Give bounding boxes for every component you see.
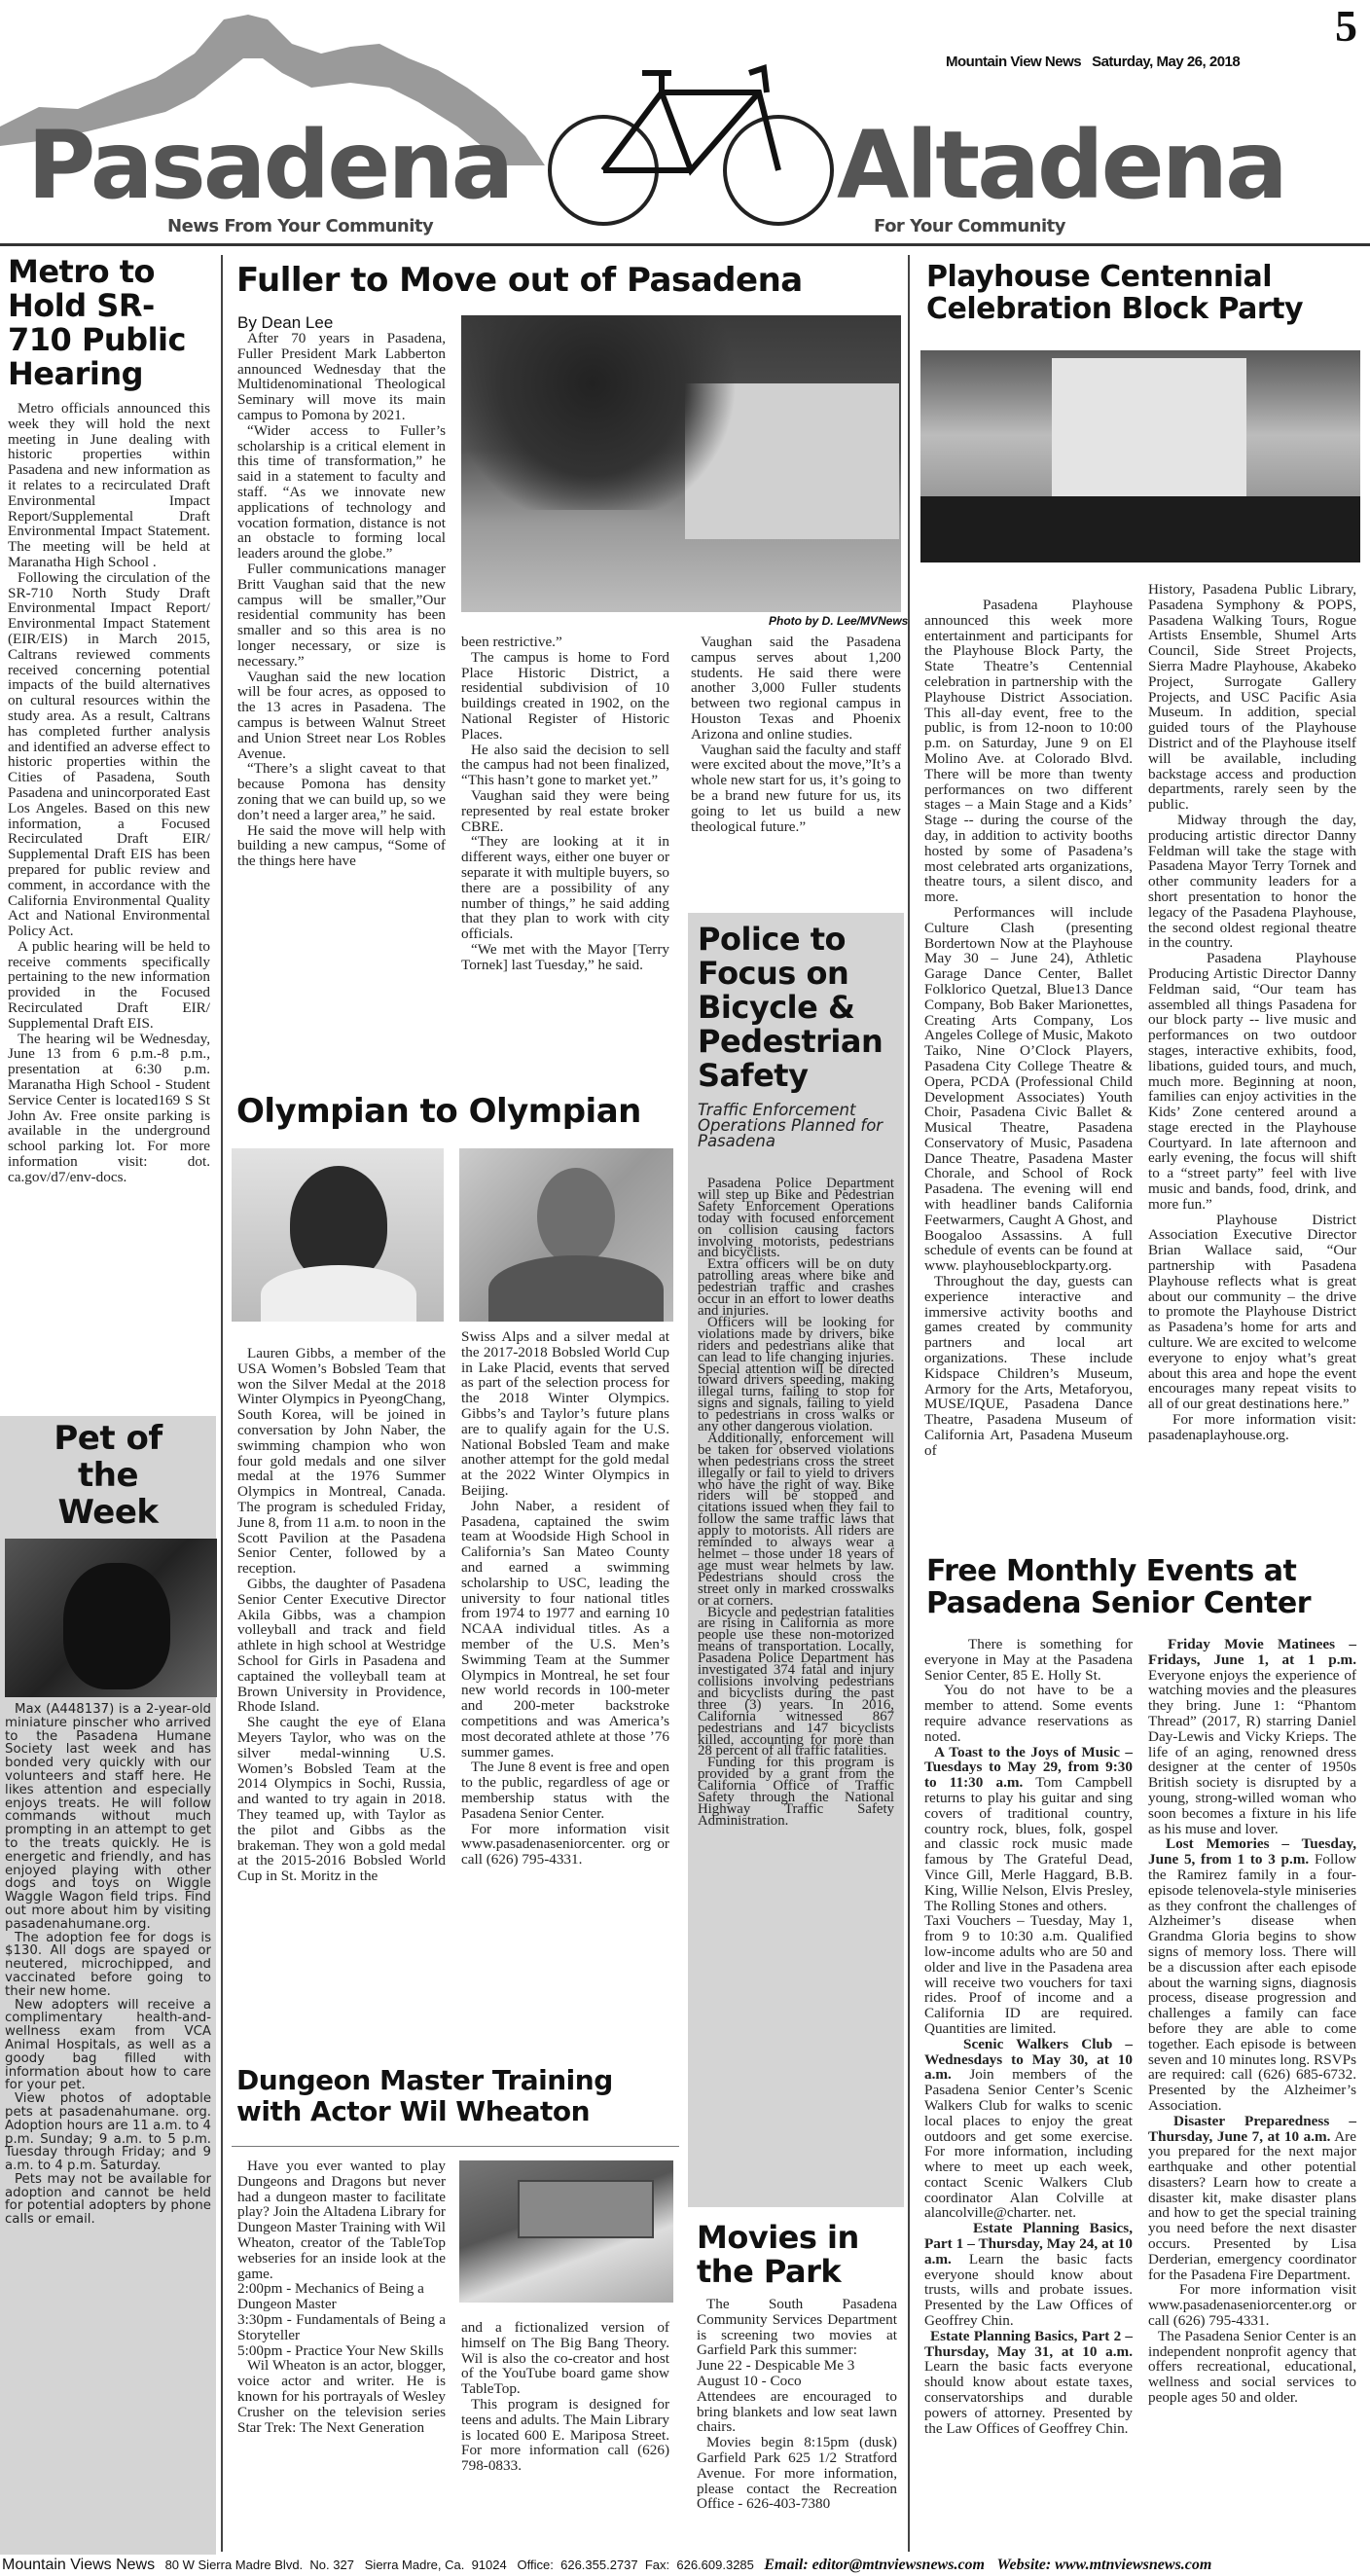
paragraph: Pasadena Police Department will step up … [698,1179,894,1259]
masthead-left-title: Pasadena [27,117,511,214]
playhouse-col2: History, Pasadena Public Library, Pasade… [1148,582,1356,1443]
event: Disaster Preparedness – Thursday, June 7… [1148,2114,1356,2283]
event-text: Join members of the Pasadena Senior Cent… [924,2066,1133,2221]
fuller-col2: been restrictive.” The campus is home to… [461,635,669,973]
headline: Olympian to Olympian [236,1092,641,1131]
movie-listing: June 22 - Despicable Me 3 [697,2358,897,2374]
paragraph: been restrictive.” [461,635,669,650]
paragraph: Pasadena Playhouse Producing Artistic Di… [1148,951,1356,1213]
paragraph: He said the move will help with building… [237,823,446,869]
masthead: Pasadena Altadena News From Your Communi… [0,0,1370,243]
paragraph: Officers will be looking for violations … [698,1318,894,1433]
paragraph: Fuller communications manager Britt Vaug… [237,562,446,670]
paragraph: Bicycle and pedestrian fatalities are ri… [698,1608,894,1759]
bicycle-icon [545,54,837,229]
paragraph: Wil Wheaton is an actor, blogger, voice … [237,2358,446,2435]
paragraph: Vaughan said the faculty and staff were … [691,743,901,835]
paragraph: Performances will include Culture Clash … [924,905,1133,1274]
event: A Toast to the Joys of Music – Tuesdays … [924,1745,1133,1914]
event-title: Disaster Preparedness – Thursday, June 7… [1148,2113,1356,2145]
event: Friday Movie Matinees – Fridays, June 1,… [1148,1637,1356,1836]
paragraph: The Pasadena Senior Center is an indepen… [1148,2329,1356,2406]
event-title: Estate Planning Basics, Part 2 – Thursda… [924,2328,1133,2360]
section-rule [232,2146,679,2147]
column-divider [221,255,223,2552]
schedule-item: 2:00pm - Mechanics of Being a Dungeon Ma… [237,2281,446,2312]
olympian-col1: Lauren Gibbs, a member of the USA Women’… [237,1346,446,1884]
john-naber-photo [459,1148,673,1322]
paragraph: Following the circulation of the SR-710 … [8,570,210,939]
paragraph: This program is designed for teens and a… [461,2397,669,2474]
dungeon-col1: Have you ever wanted to play Dungeons an… [237,2159,446,2435]
playhouse-col1: Pasadena Playhouse announced this week m… [924,582,1133,1459]
page-number: 5 [1335,0,1357,52]
article-metro: Metro to Hold SR-710 Public Hearing Metr… [8,255,210,1185]
masthead-rule [0,243,1370,246]
paragraph: Lauren Gibbs, a member of the USA Women’… [237,1346,446,1577]
paragraph: “We met with the Mayor [Terry Tornek] la… [461,942,669,973]
paragraph: “They are looking at it in different way… [461,834,669,942]
paragraph: A public hearing will be held to receive… [8,939,210,1032]
article-body: Max (A448137) is a 2-year-old miniature … [5,1703,211,2227]
headline: Fuller to Move out of Pasadena [236,261,803,300]
paragraph: and a fictionalized version of himself o… [461,2320,669,2397]
footer-email[interactable]: Email: editor@mtnviewsnews.com [764,2557,985,2573]
senior-col2: Friday Movie Matinees – Fridays, June 1,… [1148,1637,1356,2406]
headline: Free Monthly Events at Pasadena Senior C… [926,1555,1364,1619]
paragraph: She caught the eye of Elana Meyers Taylo… [237,1715,446,1884]
event: Taxi Vouchers – Tuesday, May 1, from 9 t… [924,1913,1133,2036]
article-movies: Movies in the Park The South Pasadena Co… [697,2221,897,2512]
article-body: Metro officials announced this week they… [8,401,210,1185]
footer-publication: Mountain Views News [2,2557,155,2573]
paragraph: The June 8 event is free and open to the… [461,1760,669,1821]
paragraph: For more information visit: pasadenaplay… [1148,1412,1356,1443]
footer-address: 80 W Sierra Madre Blvd. No. 327 Sierra M… [165,2558,754,2572]
paragraph: “Wider access to Fuller’s scholarship is… [237,423,446,562]
event-text: Tom Campbell returns to play his guitar … [924,1774,1133,1913]
masthead-left-tagline: News From Your Community [167,216,433,236]
paragraph: Extra officers will be on duty patrollin… [698,1259,894,1318]
paragraph: Pasadena Playhouse announced this week m… [924,598,1133,905]
senior-col1: There is something for everyone in May a… [924,1637,1133,2436]
masthead-right-title: Altadena [837,117,1285,214]
paragraph: History, Pasadena Public Library, Pasade… [1148,582,1356,813]
paragraph: Have you ever wanted to play Dungeons an… [237,2159,446,2281]
paragraph: There is something for everyone in May a… [924,1637,1133,1683]
dungeon-col2: and a fictionalized version of himself o… [461,2320,669,2474]
paragraph: You do not have to be a member to attend… [924,1683,1133,1744]
paragraph: The hearing wil be Wednesday, June 13 fr… [8,1032,210,1185]
paragraph: Movies begin 8:15pm (dusk) Garfield Park… [697,2435,897,2512]
article-body: Pasadena Police Department will step up … [698,1179,894,1828]
paragraph: Gibbs, the daughter of Pasadena Senior C… [237,1577,446,1715]
event: Estate Planning Basics, Part 2 – Thursda… [924,2329,1133,2437]
dateline: Mountain View News Saturday, May 26, 201… [946,54,1240,70]
paragraph: Vaughan said the new location will be fo… [237,670,446,762]
paragraph: After 70 years in Pasadena, Fuller Presi… [237,331,446,423]
headline: Pet of the Week [5,1420,211,1531]
event-title: Friday Movie Matinees – Fridays, June 1,… [1148,1636,1356,1668]
headline: Playhouse Centennial Celebration Block P… [926,261,1354,325]
dungeon-game-photo [459,2160,673,2303]
fuller-col3: Vaughan said the Pasadena campus serves … [691,635,901,834]
paragraph: “There’s a slight caveat to that because… [237,761,446,822]
event-text: Learn the basic facts everyone should kn… [924,2251,1133,2329]
playhouse-block-party-photo [920,350,1360,562]
police-box: Police to Focus on Bicycle & Pedestrian … [688,913,904,2207]
photo-credit: Photo by D. Lee/MVNews [769,614,908,628]
masthead-right-tagline: For Your Community [874,216,1065,236]
paragraph: The South Pasadena Community Services De… [697,2297,897,2358]
column-divider [908,255,910,2552]
event-text: Everyone enjoys the experience of watchi… [1148,1667,1356,1837]
paragraph: View photos of adoptable pets at pasaden… [5,2092,211,2173]
event: Lost Memories – Tuesday, June 5, from 1 … [1148,1836,1356,2113]
fuller-campus-photo [461,315,901,612]
event-text: Learn the basic facts everyone should kn… [924,2358,1133,2436]
event: Estate Planning Basics, Part 1 – Thursda… [924,2221,1133,2329]
paragraph: Attendees are encouraged to bring blanke… [697,2389,897,2435]
paragraph: For more information visit www.pasadenas… [1148,2282,1356,2328]
paragraph: For more information visit www.pasadenas… [461,1822,669,1868]
pet-of-the-week-box: Pet of the Week Max (A448137) is a 2-yea… [0,1416,216,2555]
headline: Police to Focus on Bicycle & Pedestrian … [698,923,894,1093]
paragraph: Swiss Alps and a silver medal at the 201… [461,1329,669,1499]
paragraph: Throughout the day, guests can experienc… [924,1274,1133,1459]
paragraph: He also said the decision to sell the ca… [461,743,669,788]
headline: Dungeon Master Training with Actor Wil W… [236,2065,665,2127]
paragraph: Max (A448137) is a 2-year-old miniature … [5,1703,211,1932]
fuller-col1: After 70 years in Pasadena, Fuller Presi… [237,331,446,869]
olympian-col2: Swiss Alps and a silver medal at the 201… [461,1329,669,1868]
paragraph: Midway through the day, producing artist… [1148,813,1356,951]
article-body: The South Pasadena Community Services De… [697,2297,897,2512]
schedule-item: 3:30pm - Fundamentals of Being a Storyte… [237,2312,446,2343]
paragraph: The campus is home to Ford Place Histori… [461,650,669,743]
paragraph: Additionally, enforcement will be taken … [698,1433,894,1608]
lauren-gibbs-photo [232,1148,444,1322]
paragraph: Metro officials announced this week they… [8,401,210,570]
headline: Metro to Hold SR-710 Public Hearing [8,255,210,391]
paragraph: Vaughan said they were being represented… [461,788,669,834]
event-text: Follow the Ramirez family in a four-epis… [1148,1851,1356,2114]
movie-listing: August 10 - Coco [697,2374,897,2389]
paragraph: Vaughan said the Pasadena campus serves … [691,635,901,743]
footer-website[interactable]: Website: www.mtnviewsnews.com [996,2557,1211,2573]
event: Scenic Walkers Club – Wednesdays to May … [924,2037,1133,2222]
headline: Movies in the Park [697,2221,897,2289]
paragraph: John Naber, a resident of Pasadena, capt… [461,1499,669,1760]
paragraph: New adopters will receive a complimentar… [5,1999,211,2093]
schedule-item: 5:00pm - Practice Your New Skills [237,2343,446,2359]
paragraph: Playhouse District Association Executive… [1148,1213,1356,1412]
event-text: Are you prepared for the next major eart… [1148,2128,1356,2283]
paragraph: Funding for this program is provided by … [698,1758,894,1827]
subhead: Traffic Enforcement Operations Planned f… [698,1103,894,1149]
footer-bar: Mountain Views News 80 W Sierra Madre Bl… [0,2555,1370,2576]
paragraph: The adoption fee for dogs is $130. All d… [5,1932,211,1999]
pet-photo [5,1539,217,1697]
paragraph: Pets may not be available for adoption a… [5,2173,211,2227]
